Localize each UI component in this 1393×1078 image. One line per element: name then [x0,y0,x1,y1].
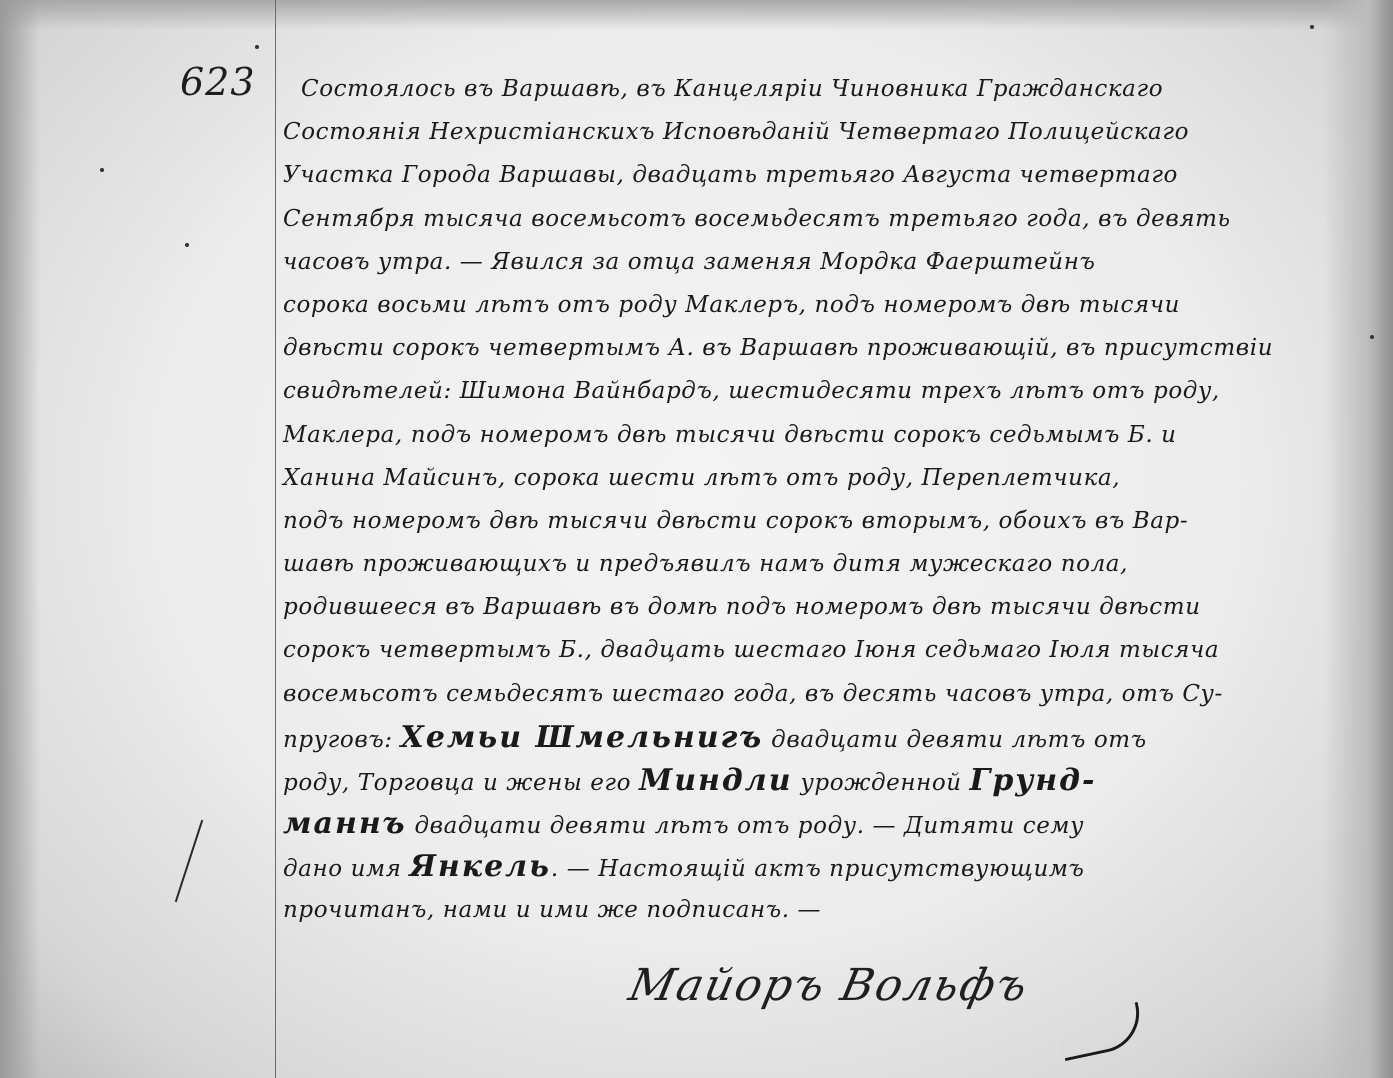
record-text: Состоялось въ Варшавѣ, въ Канцелярiи Чин… [283,68,1313,932]
mother-maiden-name: Грунд- [970,763,1097,798]
text-line-18: маннъ двадцати девяти лѣтъ отъ роду. — Д… [283,802,1313,845]
text-line-19: дано имя Янкель. — Настоящiй актъ присут… [283,845,1313,888]
margin-rule-line [275,0,276,1078]
text-line-10: Ханина Майсинъ, сорока шести лѣтъ отъ ро… [283,457,1313,500]
text-prefix: дано имя [283,856,402,882]
text-line-4: Сентября тысяча восемьсотъ восемьдесятъ … [283,198,1313,241]
ink-speck [185,243,189,247]
mother-maiden-name-end: маннъ [283,806,407,841]
scan-shadow-top [0,0,1393,30]
text-middle: урожденной [800,770,961,796]
signature-flourish [1056,1002,1146,1061]
text-line-9: Маклера, подъ номеромъ двѣ тысячи двѣсти… [283,414,1313,457]
ink-speck [1370,335,1374,339]
text-prefix: роду, Торговца и жены его [283,770,631,796]
mother-name: Миндли [639,763,793,798]
text-line-15: восемьсотъ семьдесятъ шестаго года, въ д… [283,673,1313,716]
text-prefix: пруговъ: [283,727,393,753]
text-line-11: подъ номеромъ двѣ тысячи двѣсти сорокъ в… [283,500,1313,543]
margin-tick-mark [175,820,203,902]
record-number: 623 [180,60,256,104]
ink-speck [255,45,259,49]
father-name: Хемьи Шмельнигъ [401,720,764,755]
scanned-page: 623 Состоялось въ Варшавѣ, въ Канцелярiи… [0,0,1393,1078]
text-line-13: родившееся въ Варшавѣ въ домѣ подъ номер… [283,586,1313,629]
text-line-3: Участка Города Варшавы, двадцать третьяг… [283,154,1313,197]
child-name: Янкель [409,849,550,884]
scan-shadow-left [0,0,40,1078]
text-suffix: . — Настоящiй актъ присутствующимъ [551,856,1085,882]
text-line-17: роду, Торговца и жены его Миндли урожден… [283,759,1313,802]
text-line-6: сорока восьми лѣтъ отъ роду Маклеръ, под… [283,284,1313,327]
text-line-12: шавѣ проживающихъ и предъявилъ намъ дитя… [283,543,1313,586]
ink-speck [100,168,104,172]
text-suffix: двадцати девяти лѣтъ отъ роду. — Дитяти … [414,813,1084,839]
text-line-5: часовъ утра. — Явился за отца заменяя Мо… [283,241,1313,284]
text-line-7: двѣсти сорокъ четвертымъ А. въ Варшавѣ п… [283,327,1313,370]
ink-speck [1310,25,1314,29]
text-line-1: Состоялось въ Варшавѣ, въ Канцелярiи Чин… [283,68,1313,111]
text-suffix: двадцати девяти лѣтъ отъ [771,727,1146,753]
text-line-16: пруговъ: Хемьи Шмельнигъ двадцати девяти… [283,716,1313,759]
text-line-20: прочитанъ, нами и ими же подписанъ. — [283,889,1313,932]
official-signature: Майоръ Вольфъ [625,960,1034,1011]
text-line-8: свидѣтелей: Шимона Вайнбардъ, шестидесят… [283,370,1313,413]
text-line-2: Состоянiя Нехристiанскихъ Исповѣданiй Че… [283,111,1313,154]
scan-shadow-right [1323,0,1393,1078]
text-line-14: сорокъ четвертымъ Б., двадцать шестаго I… [283,629,1313,672]
